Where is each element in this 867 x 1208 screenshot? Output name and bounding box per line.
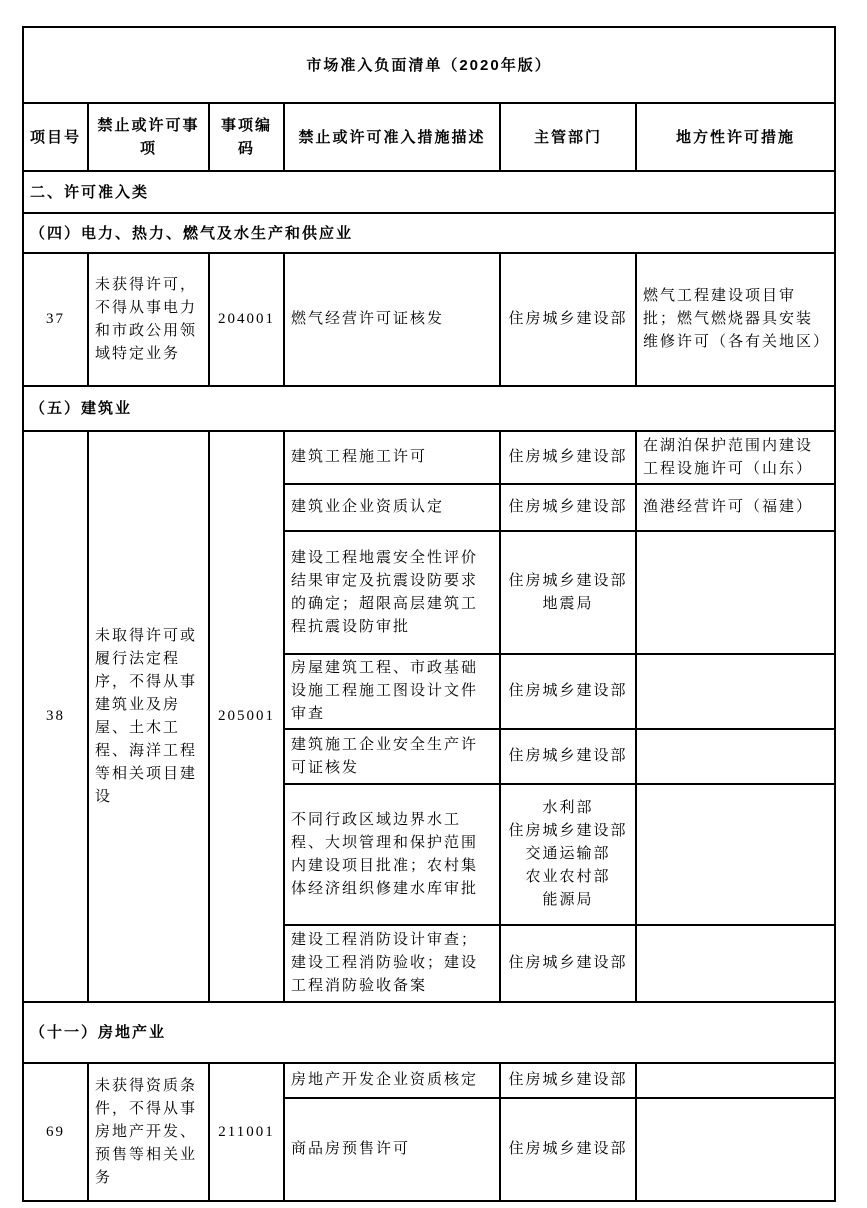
column-header-department: 主管部门 (500, 103, 636, 171)
cell-department: 住房城乡建设部 (500, 1098, 636, 1201)
cell-department: 住房城乡建设部 (500, 431, 636, 484)
cell-code: 204001 (209, 253, 284, 386)
cell-matter: 未取得许可或履行法定程序，不得从事建筑业及房屋、土木工程、海洋工程等相关项目建设 (88, 431, 209, 1002)
cell-department: 住房城乡建设部 (500, 729, 636, 784)
cell-matter: 未获得资质条件，不得从事房地产开发、预售等相关业务 (88, 1063, 209, 1201)
cell-measure-desc: 不同行政区域边界水工程、大坝管理和保护范围内建设项目批准；农村集体经济组织修建水… (284, 784, 500, 925)
cell-local-measure: 在湖泊保护范围内建设工程设施许可（山东） (636, 431, 835, 484)
cell-measure-desc: 建筑施工企业安全生产许可证核发 (284, 729, 500, 784)
cell-local-measure (636, 925, 835, 1002)
cell-local-measure (636, 784, 835, 925)
cell-local-measure (636, 531, 835, 654)
cell-department: 水利部 住房城乡建设部 交通运输部 农业农村部 能源局 (500, 784, 636, 925)
cell-local-measure (636, 729, 835, 784)
cell-measure-desc: 建设工程地震安全性评价结果审定及抗震设防要求的确定；超限高层建筑工程抗震设防审批 (284, 531, 500, 654)
cell-measure-desc: 建设工程消防设计审查；建设工程消防验收；建设工程消防验收备案 (284, 925, 500, 1002)
cell-local-measure: 渔港经营许可（福建） (636, 484, 835, 531)
table-row: 37 未获得许可，不得从事电力和市政公用领域特定业务 204001 燃气经营许可… (23, 253, 835, 386)
table-row: 38 未取得许可或履行法定程序，不得从事建筑业及房屋、土木工程、海洋工程等相关项… (23, 431, 835, 484)
cell-measure-desc: 燃气经营许可证核发 (284, 253, 500, 386)
section-row-license-category: 二、许可准入类 (23, 171, 835, 213)
cell-local-measure: 燃气工程建设项目审批；燃气燃烧器具安装维修许可（各有关地区） (636, 253, 835, 386)
cell-measure-desc: 商品房预售许可 (284, 1098, 500, 1201)
column-header-matter: 禁止或许可事项 (88, 103, 209, 171)
table-row: 69 未获得资质条件，不得从事房地产开发、预售等相关业务 211001 房地产开… (23, 1063, 835, 1098)
section-title: （五）建筑业 (23, 386, 835, 431)
cell-measure-desc: 房屋建筑工程、市政基础设施工程施工图设计文件审查 (284, 654, 500, 729)
cell-item-no: 38 (23, 431, 88, 1002)
negative-list-table: 市场准入负面清单（2020年版） 项目号 禁止或许可事项 事项编码 禁止或许可准… (22, 26, 836, 1202)
header-row: 项目号 禁止或许可事项 事项编码 禁止或许可准入措施描述 主管部门 地方性许可措… (23, 103, 835, 171)
section-row-real-estate: （十一）房地产业 (23, 1002, 835, 1063)
cell-local-measure (636, 1063, 835, 1098)
cell-item-no: 37 (23, 253, 88, 386)
section-row-utilities: （四）电力、热力、燃气及水生产和供应业 (23, 213, 835, 253)
cell-department: 住房城乡建设部 (500, 925, 636, 1002)
column-header-item-no: 项目号 (23, 103, 88, 171)
cell-matter: 未获得许可，不得从事电力和市政公用领域特定业务 (88, 253, 209, 386)
title-row: 市场准入负面清单（2020年版） (23, 27, 835, 103)
column-header-local-measure: 地方性许可措施 (636, 103, 835, 171)
cell-local-measure (636, 1098, 835, 1201)
cell-department: 住房城乡建设部 (500, 253, 636, 386)
cell-department: 住房城乡建设部 (500, 654, 636, 729)
cell-measure-desc: 建筑业企业资质认定 (284, 484, 500, 531)
section-title: （四）电力、热力、燃气及水生产和供应业 (23, 213, 835, 253)
document-page: 市场准入负面清单（2020年版） 项目号 禁止或许可事项 事项编码 禁止或许可准… (0, 0, 867, 1208)
section-title: （十一）房地产业 (23, 1002, 835, 1063)
column-header-code: 事项编码 (209, 103, 284, 171)
cell-department: 住房城乡建设部 (500, 1063, 636, 1098)
section-title: 二、许可准入类 (23, 171, 835, 213)
cell-item-no: 69 (23, 1063, 88, 1201)
cell-code: 205001 (209, 431, 284, 1002)
cell-code: 211001 (209, 1063, 284, 1201)
document-title: 市场准入负面清单（2020年版） (23, 27, 835, 103)
cell-measure-desc: 建筑工程施工许可 (284, 431, 500, 484)
cell-measure-desc: 房地产开发企业资质核定 (284, 1063, 500, 1098)
column-header-measure-desc: 禁止或许可准入措施描述 (284, 103, 500, 171)
section-row-construction: （五）建筑业 (23, 386, 835, 431)
cell-department: 住房城乡建设部 (500, 484, 636, 531)
cell-local-measure (636, 654, 835, 729)
cell-department: 住房城乡建设部 地震局 (500, 531, 636, 654)
